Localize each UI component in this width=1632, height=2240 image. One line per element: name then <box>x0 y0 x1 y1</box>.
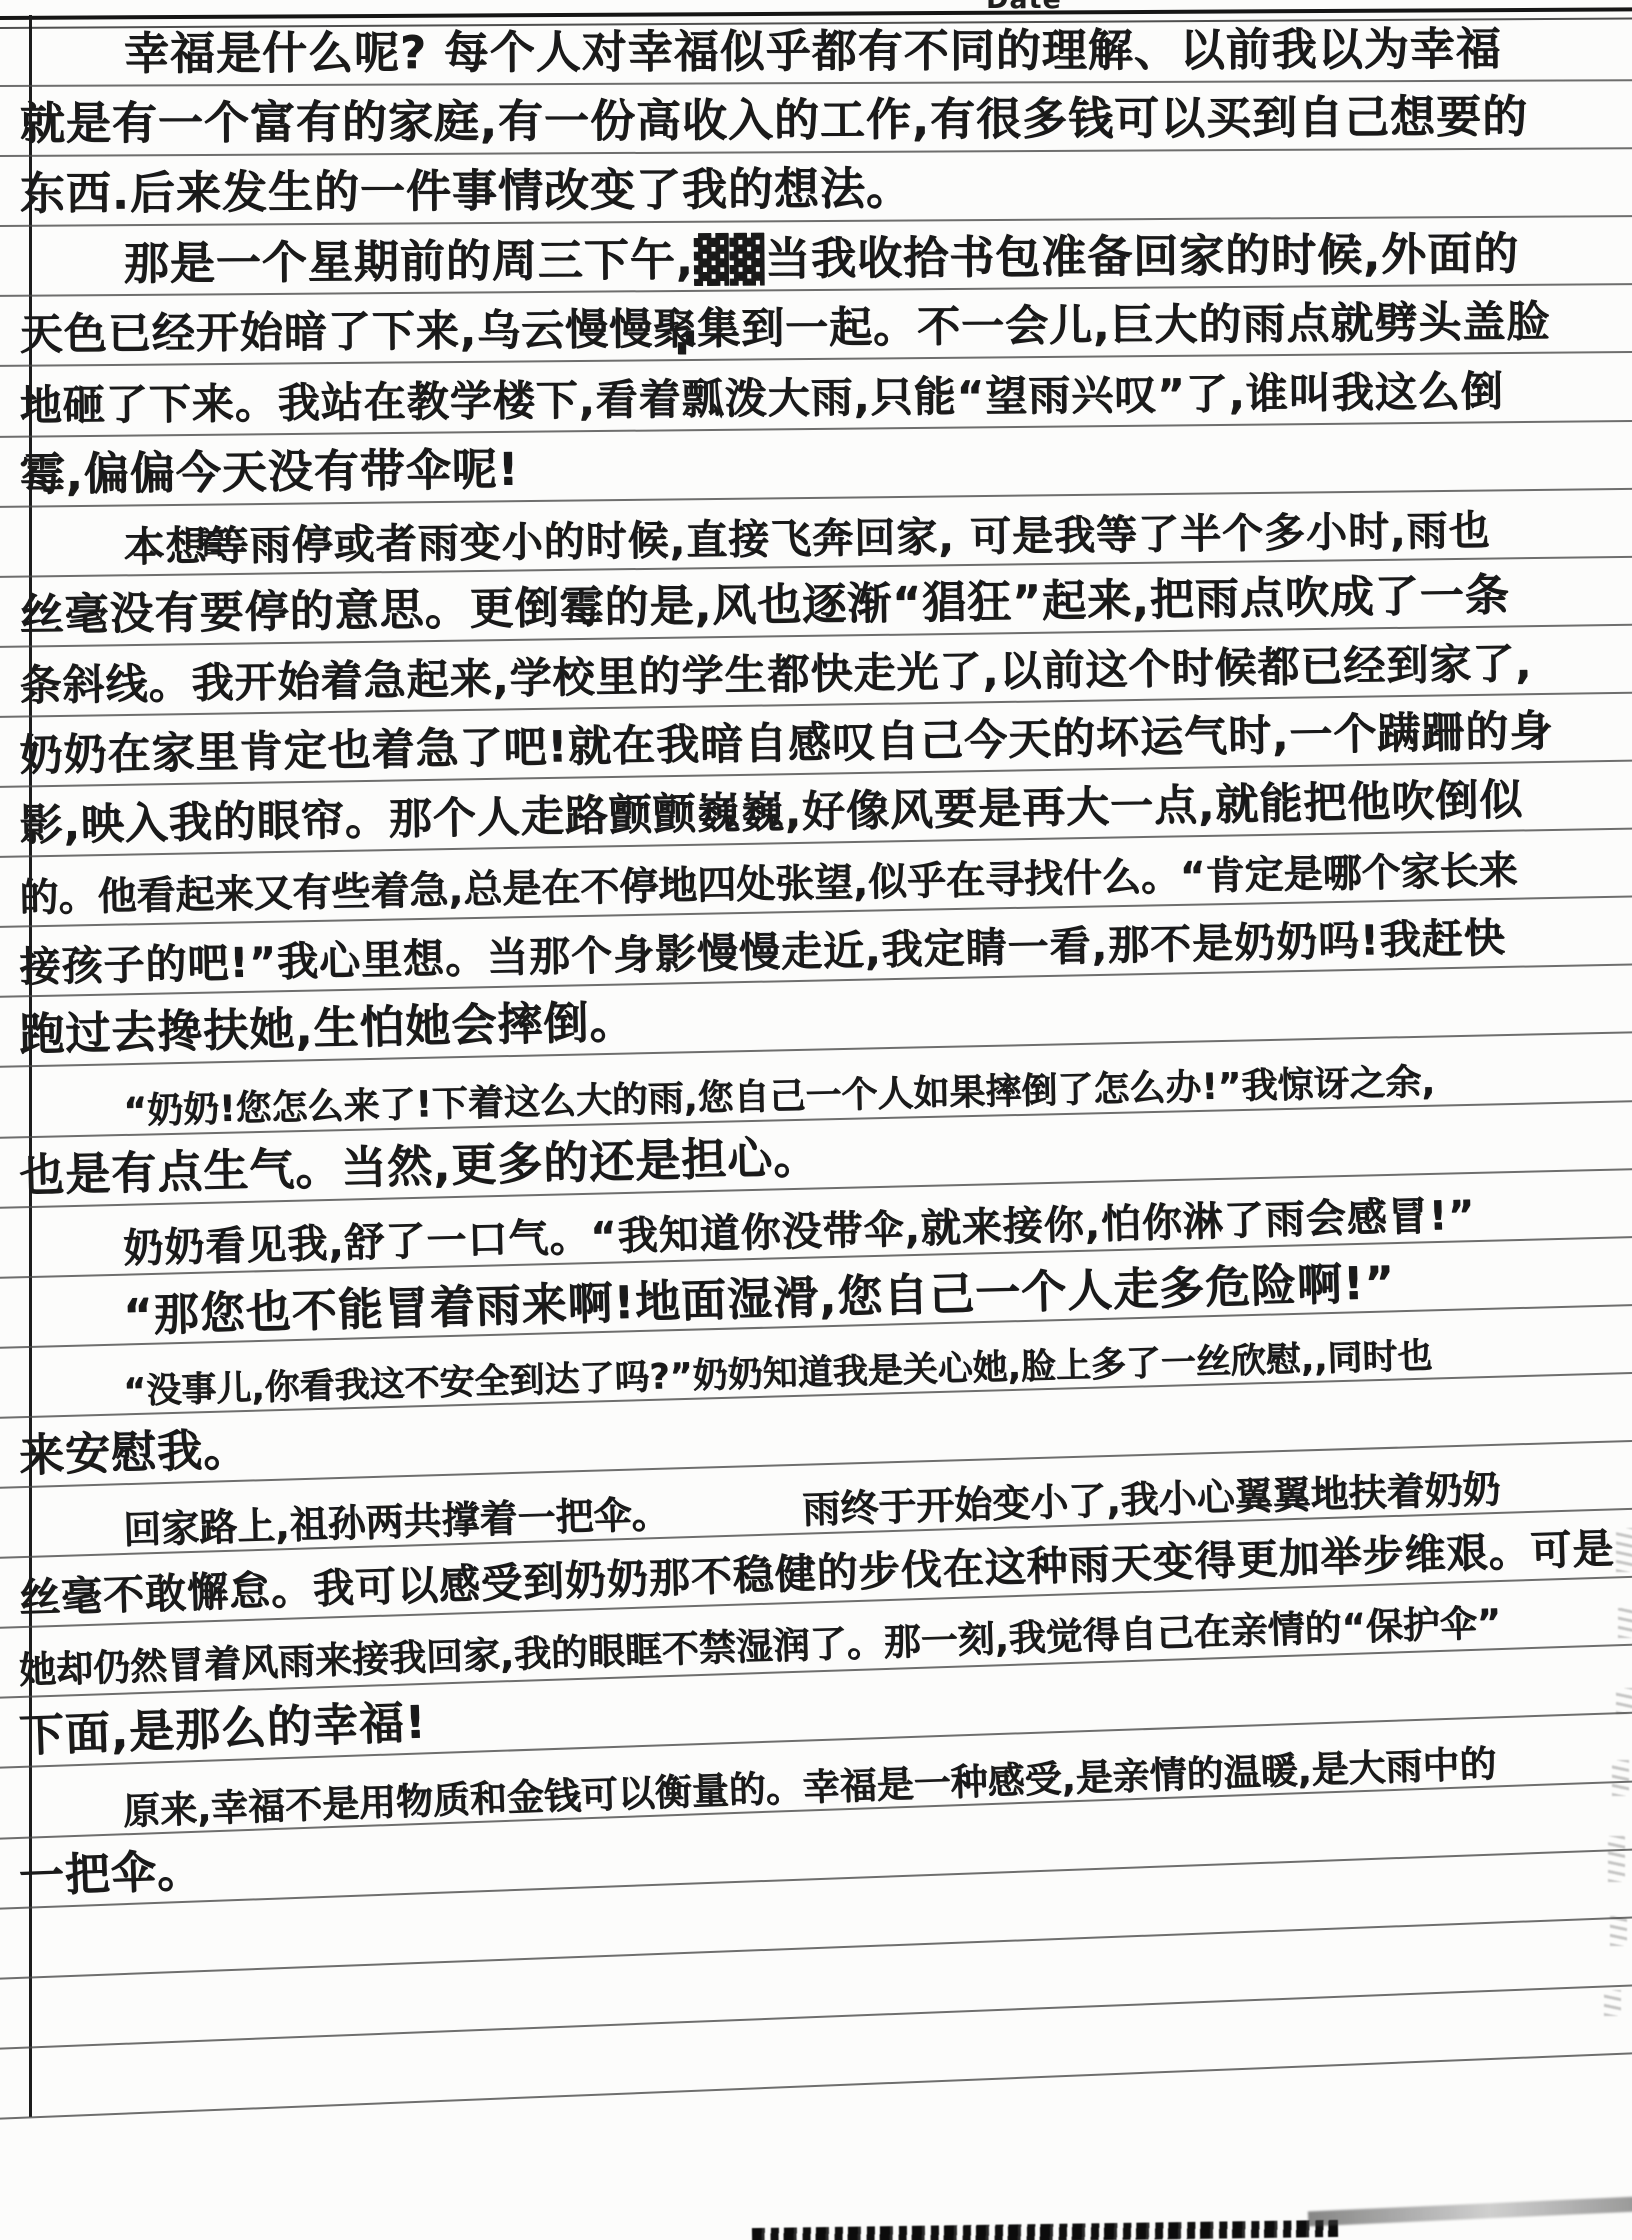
notebook-page: Date 幸福是什么呢? 每个人对幸福似乎都有不同的理解、以前我以为幸福就是有一… <box>0 0 1632 2240</box>
essay-line: 幸福是什么呢? 每个人对幸福似乎都有不同的理解、以前我以为幸福 <box>124 14 1502 85</box>
essay-line-text: 就是有一个富有的家庭,有一份高收入的工作,有很多钱可以买到自己想要的 <box>20 80 1529 155</box>
essay-line-text: 下面,是那么的幸福! <box>18 1686 428 1768</box>
bleed-through-mark <box>1604 1990 1621 2016</box>
ruled-line <box>0 1983 1632 2050</box>
essay-line: 霉,偏偏今天没有带伞呢! <box>19 434 519 506</box>
essay-line-text: 一把伞。 <box>18 1833 204 1908</box>
essay-line-text: 幸福是什么呢? 每个人对幸福似乎都有不同的理解、以前我以为幸福 <box>124 12 1502 85</box>
essay-line-text: 天色已经开始暗了下来,乌云慢慢聚集到一起。不一会儿,巨大的雨点就劈头盖脸 <box>19 288 1550 365</box>
essay-line: 一把伞。 <box>18 1835 204 1908</box>
bleed-through-mark <box>1608 1836 1625 1882</box>
essay-line-text: 东西.后来发生的一件事情改变了我的想法。 <box>20 152 913 225</box>
essay-line: 东西.后来发生的一件事情改变了我的想法。 <box>20 154 912 225</box>
page-bottom-smudge-tail <box>1308 2197 1632 2227</box>
bleed-through-mark <box>1612 1760 1629 1796</box>
ruled-line <box>0 1847 1632 1909</box>
correction-mark: 着 <box>196 518 226 562</box>
essay-line: 天色已经开始暗了下来,乌云慢慢聚集到一起。不一会儿,巨大的雨点就劈头盖脸 <box>19 286 1550 365</box>
bleed-through-mark <box>1610 1916 1627 1946</box>
essay-line: 就是有一个富有的家庭,有一份高收入的工作,有很多钱可以买到自己想要的 <box>20 82 1528 155</box>
essay-line-text: 跑过去搀扶她,生怕她会摔倒。 <box>19 985 636 1066</box>
bleed-through-mark <box>1616 1528 1632 1572</box>
essay-line-text: 霉,偏偏今天没有带伞呢! <box>19 432 519 506</box>
essay-line: 地砸了下来。我站在教学楼下,看着瓢泼大雨,只能“望雨兴叹”了,谁叫我这么倒 <box>19 355 1504 436</box>
ruled-line <box>0 2051 1632 2120</box>
essay-line: 跑过去搀扶她,生怕她会摔倒。 <box>19 987 636 1066</box>
ruled-line <box>0 1915 1632 1979</box>
bleed-through-mark <box>1616 1688 1632 1714</box>
essay-line: 来安慰我。 <box>18 1414 250 1487</box>
essay-line-text: 来安慰我。 <box>18 1412 250 1487</box>
correction-mark: ▞ <box>678 330 693 354</box>
bleed-through-mark <box>1618 1608 1632 1638</box>
page-bottom-smudge <box>752 2220 1338 2240</box>
essay-line: 那是一个星期前的周三下午,▓▓当我收拾书包准备回家的时候,外面的 <box>124 219 1520 295</box>
essay-line-text: 那是一个星期前的周三下午,▓▓当我收拾书包准备回家的时候,外面的 <box>124 217 1520 295</box>
